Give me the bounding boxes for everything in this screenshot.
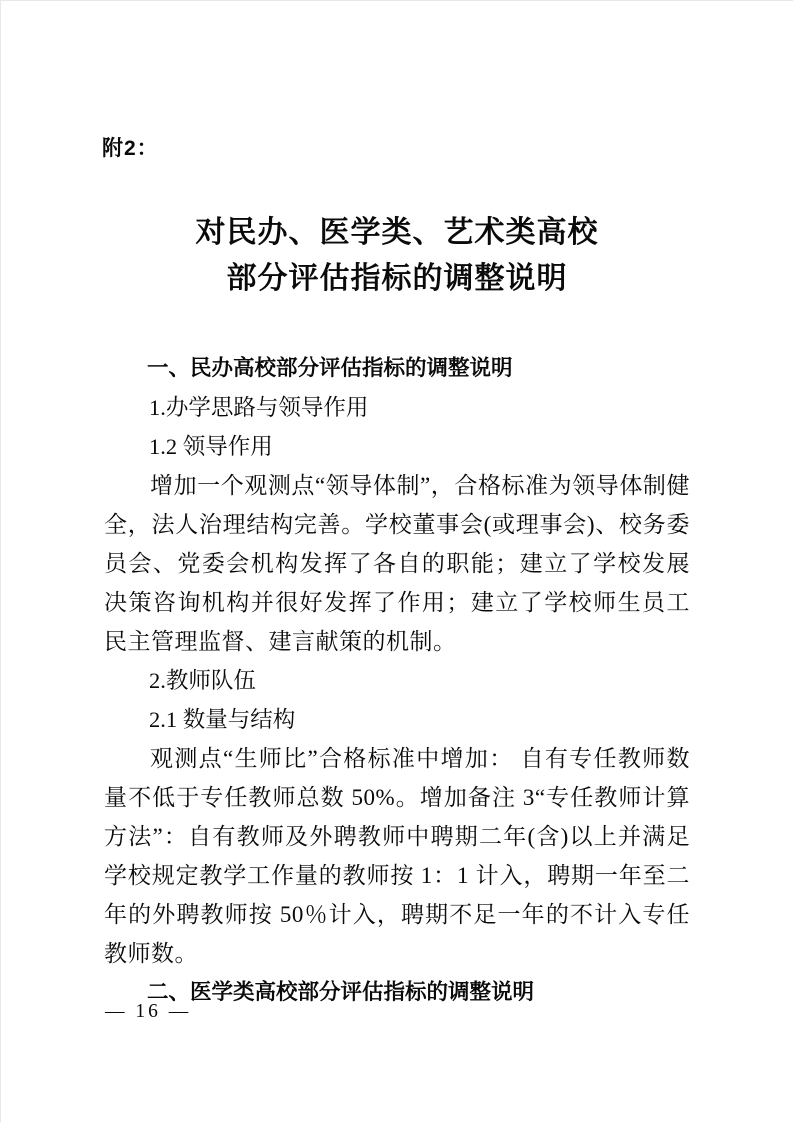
subheading-1-2-leadership: 1.2 领导作用	[104, 427, 690, 466]
page-number: — 16 —	[105, 1001, 191, 1023]
document-title-line-2: 部分评估指标的调整说明	[1, 256, 793, 302]
subheading-1-thinking-leadership: 1.办学思路与领导作用	[104, 388, 690, 427]
document-page: 附2： 对民办、医学类、艺术类高校 部分评估指标的调整说明 一、民办高校部分评估…	[0, 0, 793, 1122]
document-title: 对民办、医学类、艺术类高校 部分评估指标的调整说明	[1, 210, 793, 302]
section-1-heading: 一、民办高校部分评估指标的调整说明	[104, 349, 690, 388]
document-body: 一、民办高校部分评估指标的调整说明 1.办学思路与领导作用 1.2 领导作用 增…	[104, 349, 690, 1012]
document-title-line-1: 对民办、医学类、艺术类高校	[1, 210, 793, 256]
subheading-2-1-quantity-structure: 2.1 数量与结构	[104, 700, 690, 739]
paragraph-leadership-system: 增加一个观测点“领导体制”，合格标准为领导体制健全，法人治理结构完善。学校董事会…	[104, 466, 690, 661]
attachment-label: 附2：	[102, 135, 159, 163]
paragraph-student-teacher-ratio: 观测点“生师比”合格标准中增加： 自有专任教师数量不低于专任教师总数 50%。增…	[104, 739, 690, 973]
section-2-heading: 二、医学类高校部分评估指标的调整说明	[104, 973, 690, 1012]
subheading-2-teacher-team: 2.教师队伍	[104, 661, 690, 700]
